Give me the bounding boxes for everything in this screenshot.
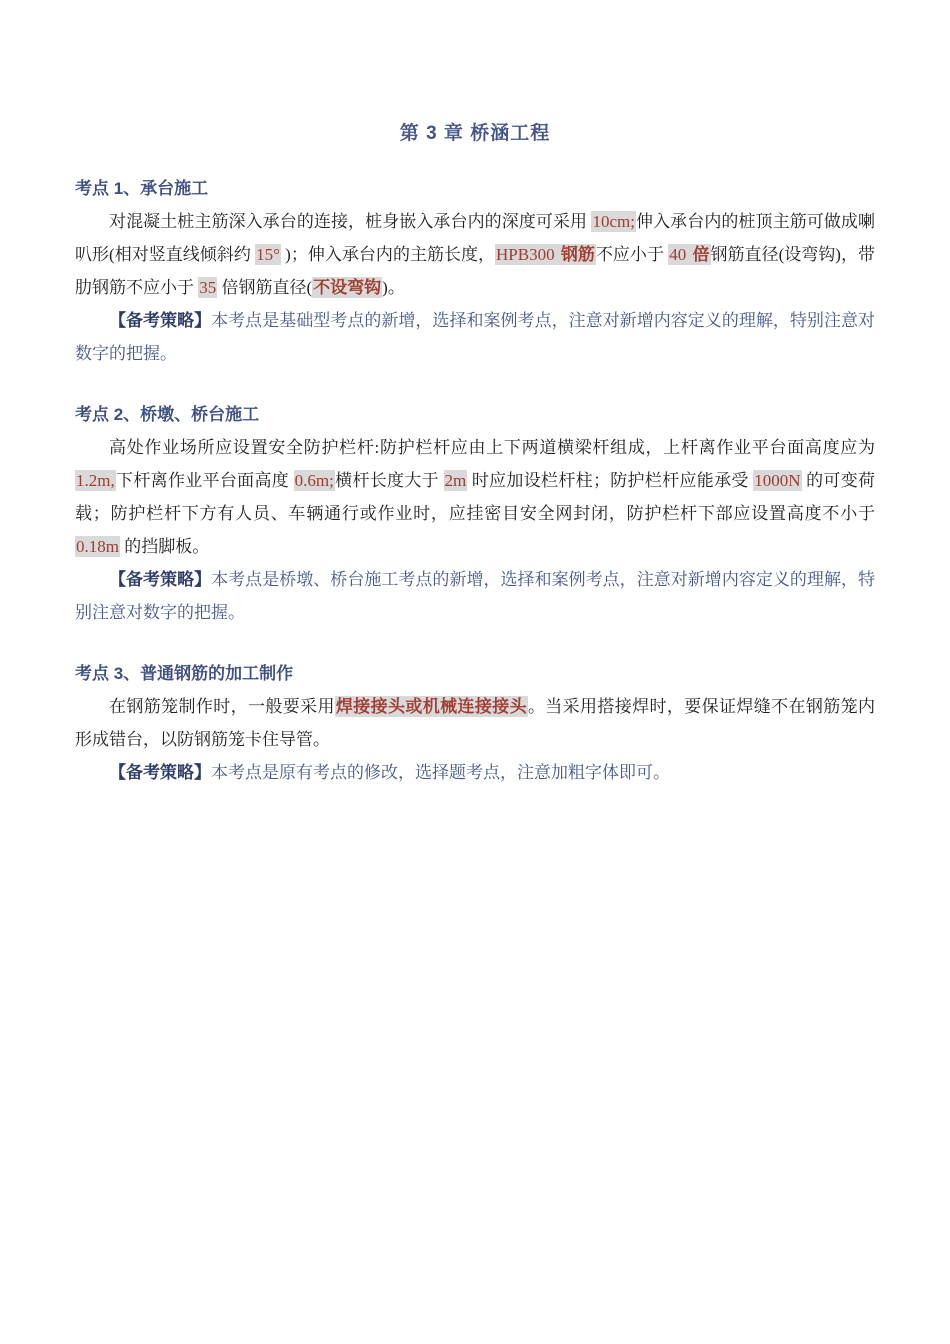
highlighted-term: 1.2m, bbox=[75, 470, 116, 491]
strategy-paragraph: 【备考策略】本考点是桥墩、桥台施工考点的新增，选择和案例考点，注意对新增内容定义… bbox=[75, 563, 875, 629]
highlighted-term: 1000N bbox=[753, 470, 801, 491]
chapter-title: 第 3 章 桥涵工程 bbox=[0, 0, 950, 148]
text-run: 的挡脚板。 bbox=[120, 537, 209, 556]
text-run: 倍钢筋直径( bbox=[217, 278, 312, 297]
highlighted-term: 10cm; bbox=[591, 211, 636, 232]
text-run: 下杆离作业平台面高度 bbox=[116, 471, 294, 490]
document-body: 考点 1、承台施工对混凝土桩主筋深入承台的连接，桩身嵌入承台内的深度可采用 10… bbox=[75, 172, 875, 789]
text-run: 不应小于 bbox=[596, 245, 668, 264]
body-paragraph: 在钢筋笼制作时，一般要采用焊接接头或机械连接接头。当采用搭接焊时，要保证焊缝不在… bbox=[75, 690, 875, 756]
topic-section: 考点 1、承台施工对混凝土桩主筋深入承台的连接，桩身嵌入承台内的深度可采用 10… bbox=[75, 172, 875, 370]
strategy-text: 本考点是原有考点的修改，选择题考点，注意加粗字体即可。 bbox=[211, 763, 670, 782]
section-heading: 考点 2、桥墩、桥台施工 bbox=[75, 398, 875, 431]
highlighted-term: 35 bbox=[198, 277, 217, 298]
highlighted-term: 焊接接头或机械连接接头 bbox=[335, 696, 528, 717]
strategy-label: 【备考策略】 bbox=[109, 311, 211, 330]
text-run: 对混凝土桩主筋深入承台的连接，桩身嵌入承台内的深度可采用 bbox=[109, 212, 591, 231]
text-run: 横杆长度大于 bbox=[335, 471, 444, 490]
text-run: 高处作业场所应设置安全防护栏杆:防护栏杆应由上下两道横梁杆组成，上杆离作业平台面… bbox=[109, 438, 875, 457]
highlighted-term: 2m bbox=[444, 470, 468, 491]
text-run: 时应加设栏杆柱；防护栏杆应能承受 bbox=[467, 471, 753, 490]
highlighted-term: 40 bbox=[668, 244, 691, 265]
strategy-label: 【备考策略】 bbox=[109, 570, 211, 589]
body-paragraph: 对混凝土桩主筋深入承台的连接，桩身嵌入承台内的深度可采用 10cm;伸入承台内的… bbox=[75, 205, 875, 304]
topic-section: 考点 3、普通钢筋的加工制作在钢筋笼制作时，一般要采用焊接接头或机械连接接头。当… bbox=[75, 657, 875, 789]
text-run: )；伸入承台内的主筋长度， bbox=[281, 245, 495, 264]
highlighted-term: HPB300 bbox=[495, 244, 560, 265]
body-paragraph: 高处作业场所应设置安全防护栏杆:防护栏杆应由上下两道横梁杆组成，上杆离作业平台面… bbox=[75, 431, 875, 563]
highlighted-term: 不设弯钩 bbox=[312, 277, 382, 298]
text-run: 在钢筋笼制作时，一般要采用 bbox=[109, 697, 335, 716]
strategy-label: 【备考策略】 bbox=[109, 763, 211, 782]
section-heading: 考点 1、承台施工 bbox=[75, 172, 875, 205]
highlighted-term: 倍 bbox=[692, 244, 711, 265]
topic-section: 考点 2、桥墩、桥台施工高处作业场所应设置安全防护栏杆:防护栏杆应由上下两道横梁… bbox=[75, 398, 875, 629]
section-heading: 考点 3、普通钢筋的加工制作 bbox=[75, 657, 875, 690]
strategy-paragraph: 【备考策略】本考点是原有考点的修改，选择题考点，注意加粗字体即可。 bbox=[75, 756, 875, 789]
strategy-paragraph: 【备考策略】本考点是基础型考点的新增，选择和案例考点，注意对新增内容定义的理解，… bbox=[75, 304, 875, 370]
highlighted-term: 0.6m; bbox=[294, 470, 335, 491]
highlighted-term: 钢筋 bbox=[560, 244, 596, 265]
highlighted-term: 0.18m bbox=[75, 536, 120, 557]
document-page: 第 3 章 桥涵工程 考点 1、承台施工对混凝土桩主筋深入承台的连接，桩身嵌入承… bbox=[0, 0, 950, 1344]
highlighted-term: 15° bbox=[255, 244, 281, 265]
text-run: )。 bbox=[382, 278, 405, 297]
